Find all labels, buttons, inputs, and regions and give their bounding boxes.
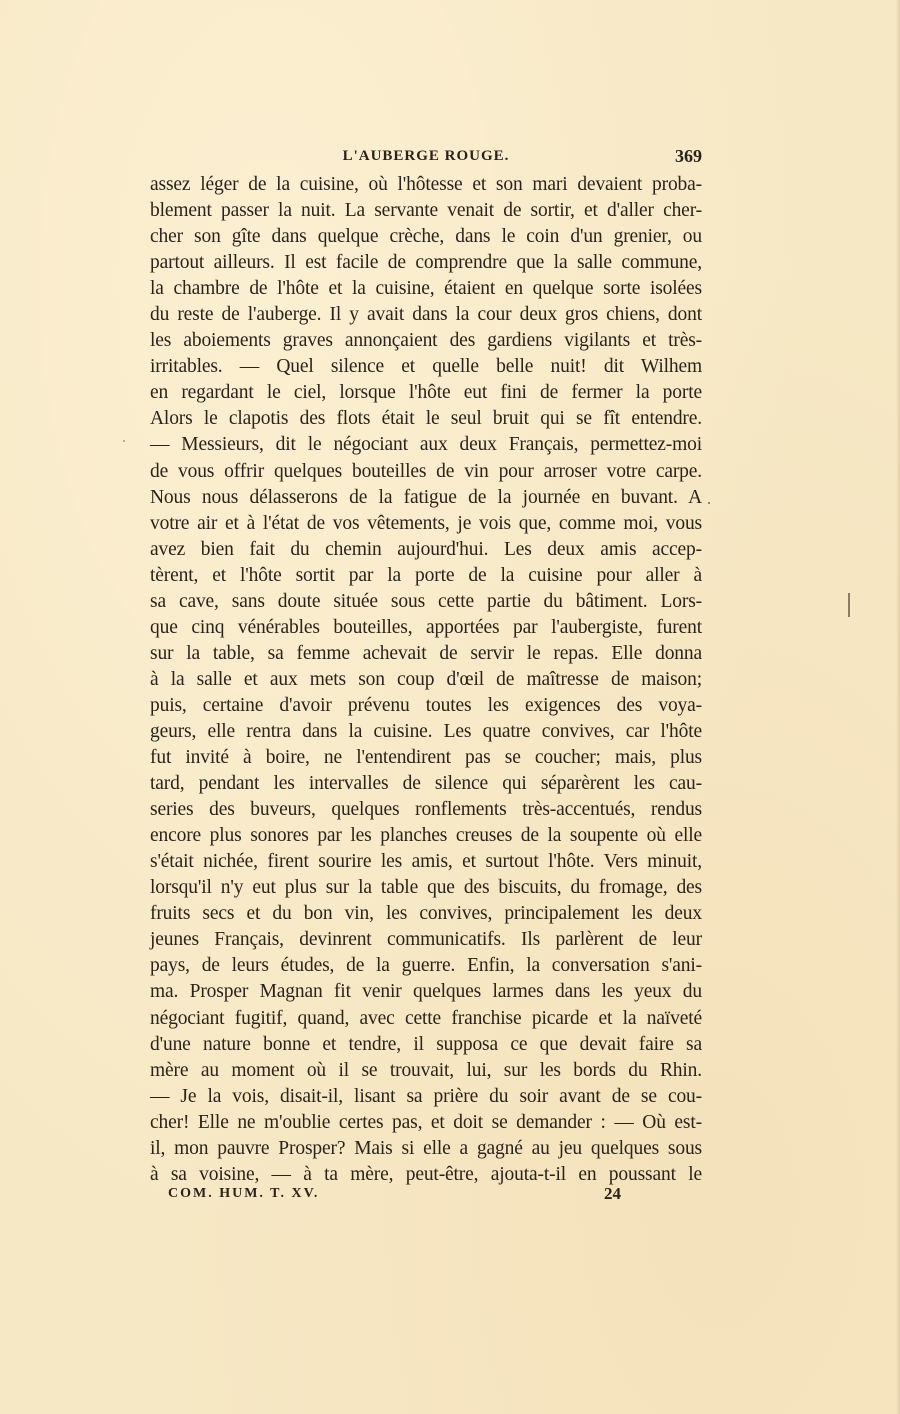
text-line: encore plus sonores par les planches cre…	[150, 823, 702, 849]
signature-footer: COM. HUM. T. XV. 24	[168, 1186, 628, 1208]
text-line: blement passer la nuit. La servante vena…	[150, 198, 702, 224]
text-line: votre air et à l'état de vos vêtements, …	[150, 511, 702, 537]
text-line: series des buveurs, quelques ronflements…	[150, 797, 702, 823]
ink-speck	[708, 502, 710, 504]
body-text: assez léger de la cuisine, où l'hôtesse …	[150, 172, 702, 1188]
text-line: Nous nous délasserons de la fatigue de l…	[150, 485, 702, 511]
page-edge-shadow	[896, 0, 900, 1414]
text-line: irritables. — Quel silence et quelle bel…	[150, 354, 702, 380]
running-title: L'AUBERGE ROUGE.	[150, 148, 702, 165]
text-line: à la salle et aux mets son coup d'œil de…	[150, 667, 702, 693]
text-line: assez léger de la cuisine, où l'hôtesse …	[150, 172, 702, 198]
text-line: s'était nichée, firent sourire les amis,…	[150, 849, 702, 875]
text-line: mère au moment où il se trouvait, lui, s…	[150, 1058, 702, 1084]
text-line: du reste de l'auberge. Il y avait dans l…	[150, 302, 702, 328]
text-line: cher son gîte dans quelque crèche, dans …	[150, 224, 702, 250]
text-line: avez bien fait du chemin aujourd'hui. Le…	[150, 537, 702, 563]
text-line: pays, de leurs études, de la guerre. Enf…	[150, 953, 702, 979]
running-header: L'AUBERGE ROUGE. 369	[150, 146, 702, 168]
text-line: fut invité à boire, ne l'entendirent pas…	[150, 745, 702, 771]
text-line: lorsqu'il n'y eut plus sur la table que …	[150, 875, 702, 901]
text-line: cher! Elle ne m'oublie certes pas, et do…	[150, 1110, 702, 1136]
sheet-number: 24	[604, 1184, 621, 1204]
text-line: la chambre de l'hôte et la cuisine, étai…	[150, 276, 702, 302]
text-line: ma. Prosper Magnan fit venir quelques la…	[150, 979, 702, 1005]
text-line: jeunes Français, devinrent communicatifs…	[150, 927, 702, 953]
book-page: L'AUBERGE ROUGE. 369 assez léger de la c…	[0, 0, 900, 1414]
text-line: les aboiements graves annonçaient des ga…	[150, 328, 702, 354]
text-line: que cinq vénérables bouteilles, apportée…	[150, 615, 702, 641]
ink-speck	[123, 440, 125, 442]
text-line: d'une nature bonne et tendre, il supposa…	[150, 1032, 702, 1058]
margin-scan-mark	[848, 593, 850, 617]
text-line: sur la table, sa femme achevait de servi…	[150, 641, 702, 667]
signature-mark: COM. HUM. T. XV.	[168, 1186, 319, 1202]
text-line: puis, certaine d'avoir prévenu toutes le…	[150, 693, 702, 719]
text-line: — Je la vois, disait-il, lisant sa prièr…	[150, 1084, 702, 1110]
text-line: il, mon pauvre Prosper? Mais si elle a g…	[150, 1136, 702, 1162]
text-line: sa cave, sans doute située sous cette pa…	[150, 589, 702, 615]
text-line: tèrent, et l'hôte sortit par la porte de…	[150, 563, 702, 589]
page-number: 369	[675, 146, 702, 167]
text-line: Alors le clapotis des flots était le seu…	[150, 406, 702, 432]
text-line: négociant fugitif, quand, avec cette fra…	[150, 1006, 702, 1032]
text-line: fruits secs et du bon vin, les convives,…	[150, 901, 702, 927]
text-line: partout ailleurs. Il est facile de compr…	[150, 250, 702, 276]
text-line: — Messieurs, dit le négociant aux deux F…	[150, 432, 702, 458]
text-line: geurs, elle rentra dans la cuisine. Les …	[150, 719, 702, 745]
text-line: tard, pendant les intervalles de silence…	[150, 771, 702, 797]
text-line: de vous offrir quelques bouteilles de vi…	[150, 459, 702, 485]
text-line: en regardant le ciel, lorsque l'hôte eut…	[150, 380, 702, 406]
